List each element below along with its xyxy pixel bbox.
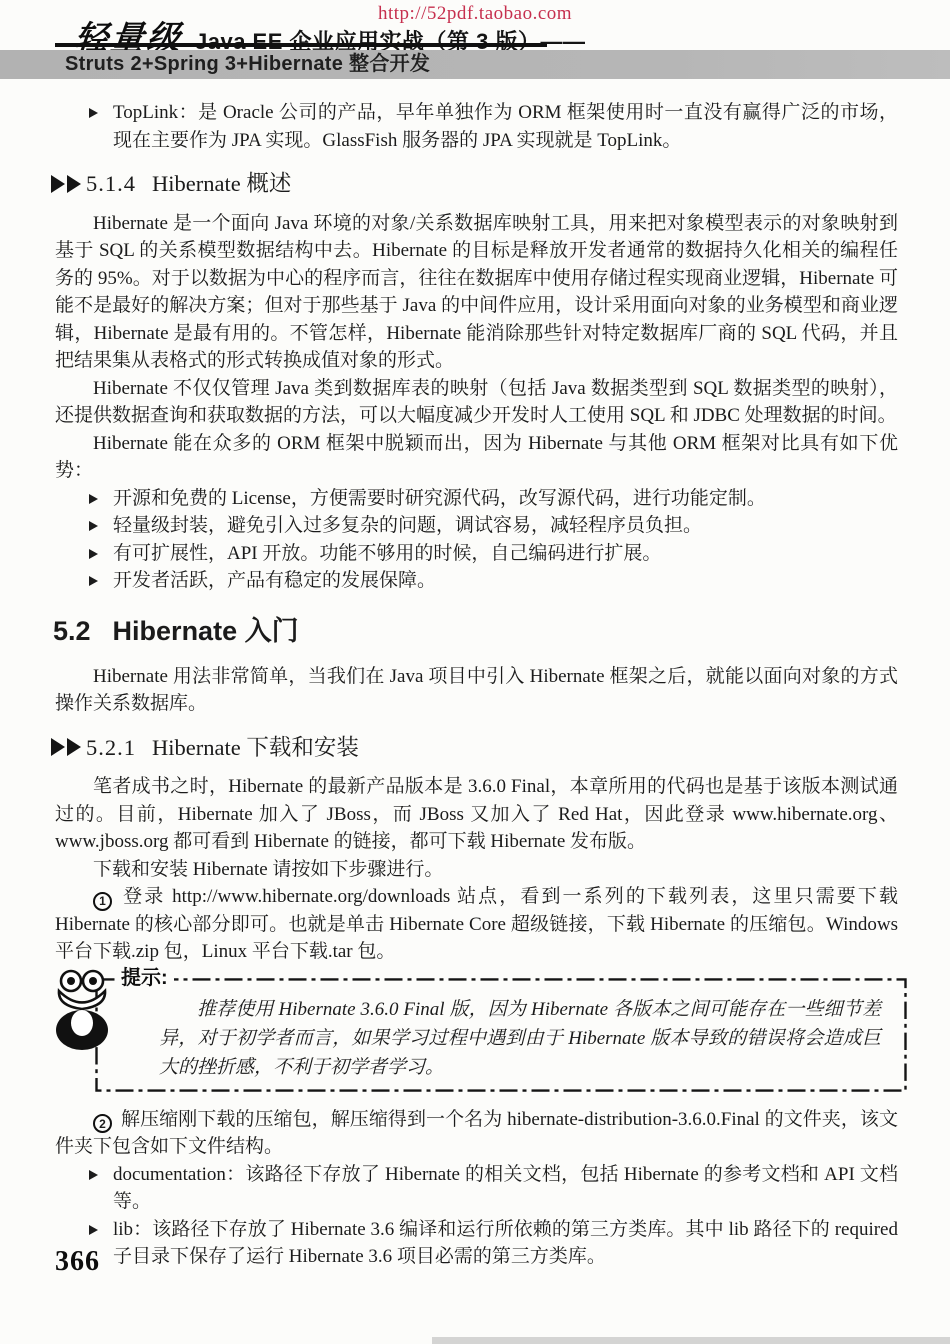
advantage-text: 开源和免费的 License，方便需要时研究源代码，改写源代码，进行功能定制。	[113, 485, 898, 513]
heading-number: 5.2	[53, 615, 91, 647]
list-item: TopLink：是 Oracle 公司的产品，早年单独作为 ORM 框架使用时一…	[55, 99, 898, 154]
advantage-text: 有可扩展性，API 开放。功能不够用的时候，自己编码进行扩展。	[113, 540, 898, 568]
list-item: 开发者活跃，产品有稳定的发展保障。	[55, 567, 898, 595]
paragraph: Hibernate 是一个面向 Java 环境的对象/关系数据库映射工具，用来把…	[55, 210, 898, 375]
toplink-bullet-text: TopLink：是 Oracle 公司的产品，早年单独作为 ORM 框架使用时一…	[113, 99, 898, 154]
step-number-circle-icon: 1	[93, 892, 112, 911]
chevron-right-icon	[67, 175, 81, 193]
header-subtitle-bar: Struts 2+Spring 3+Hibernate 整合开发	[0, 50, 950, 79]
folder-desc-text: lib：该路径下存放了 Hibernate 3.6 编译和运行所依赖的第三方类库…	[113, 1216, 898, 1271]
tip-box: 提示: 推荐使用 Hibernate 3.6.0 Final 版，因为 Hibe…	[95, 978, 907, 1092]
list-item: 开源和免费的 License，方便需要时研究源代码，改写源代码，进行功能定制。	[55, 485, 898, 513]
heading-5-2-1: 5.2.1 Hibernate 下载和安装	[51, 734, 898, 762]
heading-title: Hibernate 概述	[152, 170, 291, 198]
arrow-bullet-icon	[89, 576, 98, 586]
paragraph: 笔者成书之时，Hibernate 的最新产品版本是 3.6.0 Final，本章…	[55, 773, 898, 856]
list-item: lib：该路径下存放了 Hibernate 3.6 编译和运行所依赖的第三方类库…	[55, 1216, 898, 1271]
tip-text: 推荐使用 Hibernate 3.6.0 Final 版，因为 Hibernat…	[159, 995, 881, 1082]
arrow-bullet-icon	[89, 521, 98, 531]
folder-desc-text: documentation：该路径下存放了 Hibernate 的相关文档，包括…	[113, 1161, 898, 1216]
heading-5-2: 5.2 Hibernate 入门	[53, 615, 898, 647]
header-rule	[55, 43, 547, 47]
step-number-circle-icon: 2	[93, 1114, 112, 1133]
page-body: TopLink：是 Oracle 公司的产品，早年单独作为 ORM 框架使用时一…	[55, 99, 898, 1271]
bottom-scan-artifact	[432, 1337, 950, 1344]
chevron-right-icon	[51, 738, 65, 756]
arrow-bullet-icon	[89, 1225, 98, 1235]
arrow-bullet-icon	[89, 549, 98, 559]
arrow-bullet-icon	[89, 108, 98, 118]
paragraph: Hibernate 能在众多的 ORM 框架中脱颖而出，因为 Hibernate…	[55, 430, 898, 485]
arrow-bullet-icon	[89, 1170, 98, 1180]
list-item: documentation：该路径下存放了 Hibernate 的相关文档，包括…	[55, 1161, 898, 1216]
step-item: 1登录 http://www.hibernate.org/downloads 站…	[55, 883, 898, 966]
heading-number: 5.2.1	[86, 734, 136, 762]
heading-title: Hibernate 下载和安装	[152, 734, 359, 762]
frog-mascot-icon	[51, 968, 113, 1061]
book-page: http://52pdf.taobao.com 轻量级 Java EE 企业应用…	[0, 0, 950, 1344]
paragraph: Hibernate 用法非常简单，当我们在 Java 项目中引入 Hiberna…	[55, 663, 898, 718]
heading-title: Hibernate 入门	[113, 615, 299, 647]
step-item: 2解压缩刚下载的压缩包，解压缩得到一个名为 hibernate-distribu…	[55, 1106, 898, 1161]
step-text: 登录 http://www.hibernate.org/downloads 站点…	[55, 886, 898, 962]
paragraph: Hibernate 不仅仅管理 Java 类到数据库表的映射（包括 Java 数…	[55, 375, 898, 430]
chevron-right-icon	[51, 175, 65, 193]
advantage-text: 开发者活跃，产品有稳定的发展保障。	[113, 567, 898, 595]
advantage-text: 轻量级封装，避免引入过多复杂的问题，调试容易，减轻程序员负担。	[113, 512, 898, 540]
heading-number: 5.1.4	[86, 170, 136, 198]
arrow-bullet-icon	[89, 494, 98, 504]
list-item: 轻量级封装，避免引入过多复杂的问题，调试容易，减轻程序员负担。	[55, 512, 898, 540]
chevron-right-icon	[67, 738, 81, 756]
step-text: 解压缩刚下载的压缩包，解压缩得到一个名为 hibernate-distribut…	[55, 1109, 898, 1158]
page-number: 366	[55, 1246, 100, 1278]
tip-label: 提示:	[115, 965, 174, 991]
paragraph: 下载和安装 Hibernate 请按如下步骤进行。	[55, 856, 898, 884]
heading-5-1-4: 5.1.4 Hibernate 概述	[51, 170, 898, 198]
list-item: 有可扩展性，API 开放。功能不够用的时候，自己编码进行扩展。	[55, 540, 898, 568]
header-subtitle: Struts 2+Spring 3+Hibernate 整合开发	[65, 50, 950, 79]
